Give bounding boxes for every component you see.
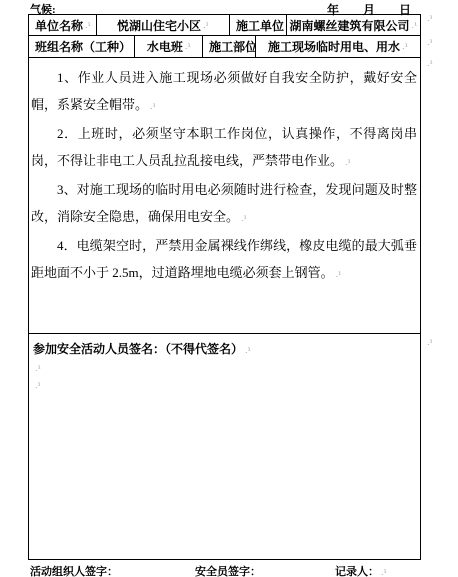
paragraph-mark: .¹ <box>381 568 387 577</box>
safety-note-text-3: 3、对施工现场的临时用电必须随时进行检查，发现问题及时整改，消除安全隐患，确保用… <box>31 182 417 224</box>
safety-officer-signature-label: 安全员签字： <box>195 563 261 577</box>
safety-note-paragraph-2: 2．上班时，必须坚守本职工作岗位，认真操作，不得离岗串岗，不得让非电工人员乱拉乱… <box>31 120 417 176</box>
paragraph-mark: .¹ <box>411 21 417 30</box>
signature-blank-line: .¹ <box>33 375 420 392</box>
safety-note-text-2: 2．上班时，必须坚守本职工作岗位，认真操作，不得离岗串岗，不得让非电工人员乱拉乱… <box>31 126 417 168</box>
record-form-table: 单位名称.¹ 悦湖山住宅小区.¹ 施工单位.¹ 湖南螺丝建筑有限公司.¹ 班组名… <box>28 14 421 560</box>
construction-part-value: 施工现场临时用电、用水 <box>268 38 400 55</box>
unit-name-label: 单位名称 <box>35 17 83 34</box>
paragraph-mark: .¹ <box>427 14 433 23</box>
team-name-value: 水电班 <box>147 38 183 55</box>
paragraph-mark: .¹ <box>35 364 41 373</box>
signature-section-label: 参加安全活动人员签名：（不得代签名） <box>33 342 243 356</box>
signature-section: 参加安全活动人员签名：（不得代签名）.¹ .¹ .¹ <box>29 334 420 392</box>
paragraph-mark: .¹ <box>85 21 91 30</box>
paragraph-mark: .¹ <box>241 214 247 223</box>
construction-unit-value-cell: 湖南螺丝建筑有限公司.¹ <box>287 15 420 35</box>
header-row-team: 班组名称（工种）.¹ 水电班.¹ 施工部位.¹ 施工现场临时用电、用水.¹ <box>29 36 420 58</box>
paragraph-mark: .¹ <box>245 346 251 355</box>
paragraph-mark: .¹ <box>336 270 342 279</box>
construction-part-label: 施工部位 <box>209 38 256 55</box>
footer-signature-row: 活动组织人签字： 安全员签字： 记录人：.¹ <box>0 563 458 577</box>
paragraph-mark: .¹ <box>185 42 191 51</box>
paragraph-mark: .¹ <box>345 158 351 167</box>
organizer-signature-label: 活动组织人签字： <box>30 563 118 577</box>
unit-name-label-cell: 单位名称.¹ <box>29 15 97 35</box>
paragraph-mark: .¹ <box>150 102 156 111</box>
signature-section-header: 参加安全活动人员签名：（不得代签名）.¹ <box>33 340 420 358</box>
paragraph-mark: .¹ <box>427 38 433 47</box>
paragraph-mark: .¹ <box>402 42 408 51</box>
paragraph-mark: .¹ <box>427 338 433 347</box>
recorder-label-text: 记录人： <box>335 566 379 577</box>
paragraph-mark: .¹ <box>35 381 41 390</box>
paragraph-mark: .¹ <box>427 59 433 68</box>
construction-part-value-cell: 施工现场临时用电、用水.¹ <box>256 36 420 57</box>
header-row-unit: 单位名称.¹ 悦湖山住宅小区.¹ 施工单位.¹ 湖南螺丝建筑有限公司.¹ <box>29 15 420 36</box>
construction-unit-value: 湖南螺丝建筑有限公司 <box>289 17 409 34</box>
safety-notes-section: 1、作业人员进入施工现场必须做好自我安全防护，戴好安全帽，系紧安全帽带。.¹ 2… <box>29 58 420 334</box>
team-name-label: 班组名称（工种） <box>35 38 131 55</box>
safety-note-paragraph-3: 3、对施工现场的临时用电必须随时进行检查，发现问题及时整改，消除安全隐患，确保用… <box>31 176 417 232</box>
team-name-label-cell: 班组名称（工种）.¹ <box>29 36 135 57</box>
construction-unit-label-cell: 施工单位.¹ <box>230 15 287 35</box>
paragraph-mark: .¹ <box>203 21 209 30</box>
unit-name-value: 悦湖山住宅小区 <box>117 17 201 34</box>
construction-part-label-cell: 施工部位.¹ <box>203 36 256 57</box>
safety-note-text-4: 4．电缆架空时，严禁用金属裸线作绑线，橡皮电缆的最大弧垂距地面不小于 2.5m，… <box>31 238 417 280</box>
unit-name-value-cell: 悦湖山住宅小区.¹ <box>97 15 230 35</box>
recorder-label: 记录人：.¹ <box>335 563 387 577</box>
safety-note-text-1: 1、作业人员进入施工现场必须做好自我安全防护，戴好安全帽，系紧安全帽带。 <box>31 70 417 112</box>
signature-blank-line: .¹ <box>33 358 420 375</box>
safety-activity-record-document: 气候: 年 月 日 .¹ .¹ .¹ .¹ 单位名称.¹ 悦湖山住宅小区.¹ 施… <box>0 0 458 577</box>
team-name-value-cell: 水电班.¹ <box>135 36 203 57</box>
construction-unit-label: 施工单位 <box>236 17 284 34</box>
safety-note-paragraph-4: 4．电缆架空时，严禁用金属裸线作绑线，橡皮电缆的最大弧垂距地面不小于 2.5m，… <box>31 232 417 288</box>
safety-note-paragraph-1: 1、作业人员进入施工现场必须做好自我安全防护，戴好安全帽，系紧安全帽带。.¹ <box>31 64 417 120</box>
